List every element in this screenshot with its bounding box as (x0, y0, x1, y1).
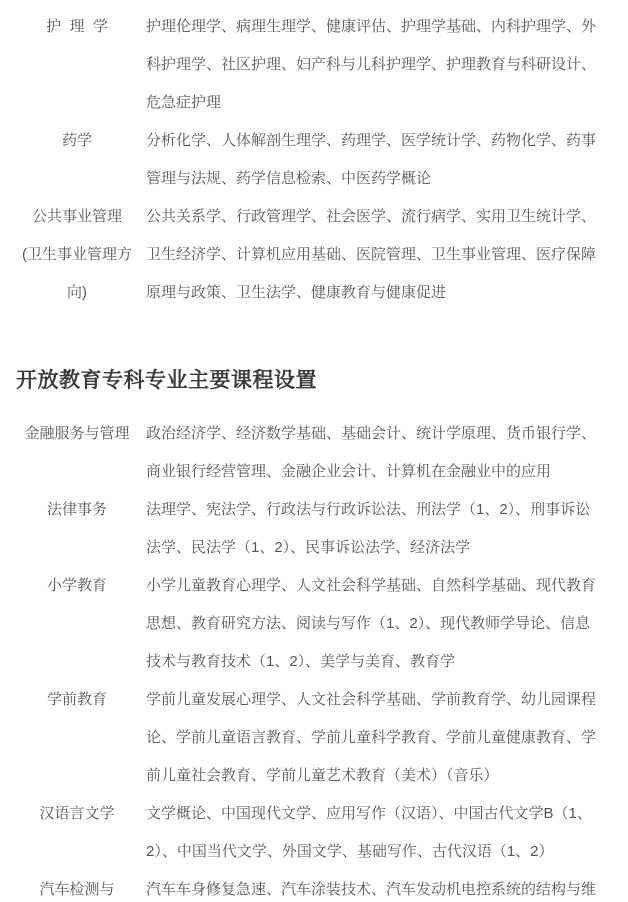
major-name: 护 理 学 (8, 8, 146, 46)
major-cell: 小学教育 (8, 567, 146, 605)
course-line: 商业银行经营管理、金融企业会计、计算机在金融业中的应用 (146, 453, 614, 491)
program-table: 护 理 学护理伦理学、病理生理学、健康评估、护理学基础、内科护理学、外科护理学、… (8, 8, 620, 312)
course-line: 卫生经济学、计算机应用基础、医院管理、卫生事业管理、医疗保障 (146, 236, 614, 274)
program-row: 汽车检测与汽车车身修复急速、汽车涂装技术、汽车发动机电控系统的结构与维 (8, 871, 620, 902)
program-row: 小学教育小学儿童教育心理学、人文社会科学基础、自然科学基础、现代教育思想、教育研… (8, 567, 620, 681)
course-line: 文学概论、中国现代文学、应用写作（汉语）、中国古代文学B（1、 (146, 795, 614, 833)
major-name: 汽车检测与 (8, 871, 146, 902)
program-row: 法律事务法理学、宪法学、行政法与行政诉讼法、刑法学（1、2）、刑事诉讼法学、民法… (8, 491, 620, 567)
course-line: 公共关系学、行政管理学、社会医学、流行病学、实用卫生统计学、 (146, 198, 614, 236)
course-line: 论、学前儿童语言教育、学前儿童科学教育、学前儿童健康教育、学 (146, 719, 614, 757)
major-name: 小学教育 (8, 567, 146, 605)
major-name: 药学 (8, 122, 146, 160)
course-cell: 护理伦理学、病理生理学、健康评估、护理学基础、内科护理学、外科护理学、社区护理、… (146, 8, 614, 122)
course-cell: 学前儿童发展心理学、人文社会科学基础、学前教育学、幼儿园课程论、学前儿童语言教育… (146, 681, 614, 795)
major-name: 汉语言文学 (8, 795, 146, 833)
course-cell: 政治经济学、经济数学基础、基础会计、统计学原理、货币银行学、商业银行经营管理、金… (146, 415, 614, 491)
course-line: 2）、中国当代文学、外国文学、基础写作、古代汉语（1、2） (146, 833, 614, 871)
course-line: 思想、教育研究方法、阅读与写作（1、2）、现代教师学导论、信息 (146, 605, 614, 643)
course-cell: 法理学、宪法学、行政法与行政诉讼法、刑法学（1、2）、刑事诉讼法学、民法学（1、… (146, 491, 614, 567)
program-row: 金融服务与管理政治经济学、经济数学基础、基础会计、统计学原理、货币银行学、商业银… (8, 415, 620, 491)
course-cell: 公共关系学、行政管理学、社会医学、流行病学、实用卫生统计学、卫生经济学、计算机应… (146, 198, 614, 312)
major-cell: 汉语言文学 (8, 795, 146, 833)
document-body: 护 理 学护理伦理学、病理生理学、健康评估、护理学基础、内科护理学、外科护理学、… (0, 0, 628, 902)
major-cell: 汽车检测与 (8, 871, 146, 902)
major-cell: 护 理 学 (8, 8, 146, 46)
program-row: 汉语言文学文学概论、中国现代文学、应用写作（汉语）、中国古代文学B（1、2）、中… (8, 795, 620, 871)
major-cell: 金融服务与管理 (8, 415, 146, 453)
course-line: 政治经济学、经济数学基础、基础会计、统计学原理、货币银行学、 (146, 415, 614, 453)
program-table: 金融服务与管理政治经济学、经济数学基础、基础会计、统计学原理、货币银行学、商业银… (8, 415, 620, 902)
major-cell: 学前教育 (8, 681, 146, 719)
major-name: 公共事业管理 (8, 198, 146, 236)
major-cell: 药学 (8, 122, 146, 160)
major-name: 金融服务与管理 (8, 415, 146, 453)
major-name: 法律事务 (8, 491, 146, 529)
major-cell: 法律事务 (8, 491, 146, 529)
course-line: 前儿童社会教育、学前儿童艺术教育（美术）（音乐） (146, 757, 614, 795)
major-name: 向) (8, 274, 146, 312)
course-line: 技术与教育技术（1、2）、美学与美育、教育学 (146, 643, 614, 681)
course-line: 汽车车身修复急速、汽车涂装技术、汽车发动机电控系统的结构与维 (146, 871, 614, 902)
course-line: 护理伦理学、病理生理学、健康评估、护理学基础、内科护理学、外 (146, 8, 614, 46)
program-row: 药学分析化学、人体解剖生理学、药理学、医学统计学、药物化学、药事管理与法规、药学… (8, 122, 620, 198)
program-row: 公共事业管理(卫生事业管理方向)公共关系学、行政管理学、社会医学、流行病学、实用… (8, 198, 620, 312)
course-line: 分析化学、人体解剖生理学、药理学、医学统计学、药物化学、药事 (146, 122, 614, 160)
major-cell: 公共事业管理(卫生事业管理方向) (8, 198, 146, 312)
section-heading: 开放教育专科专业主要课程设置 (16, 368, 620, 393)
course-cell: 小学儿童教育心理学、人文社会科学基础、自然科学基础、现代教育思想、教育研究方法、… (146, 567, 614, 681)
course-cell: 文学概论、中国现代文学、应用写作（汉语）、中国古代文学B（1、2）、中国当代文学… (146, 795, 614, 871)
course-line: 法学、民法学（1、2）、民事诉讼法学、经济法学 (146, 529, 614, 567)
major-name: 学前教育 (8, 681, 146, 719)
course-line: 法理学、宪法学、行政法与行政诉讼法、刑法学（1、2）、刑事诉讼 (146, 491, 614, 529)
major-name: (卫生事业管理方 (8, 236, 146, 274)
course-line: 科护理学、社区护理、妇产科与儿科护理学、护理教育与科研设计、 (146, 46, 614, 84)
program-row: 护 理 学护理伦理学、病理生理学、健康评估、护理学基础、内科护理学、外科护理学、… (8, 8, 620, 122)
course-line: 管理与法规、药学信息检索、中医药学概论 (146, 160, 614, 198)
program-row: 学前教育学前儿童发展心理学、人文社会科学基础、学前教育学、幼儿园课程论、学前儿童… (8, 681, 620, 795)
course-cell: 分析化学、人体解剖生理学、药理学、医学统计学、药物化学、药事管理与法规、药学信息… (146, 122, 614, 198)
course-cell: 汽车车身修复急速、汽车涂装技术、汽车发动机电控系统的结构与维 (146, 871, 614, 902)
course-line: 原理与政策、卫生法学、健康教育与健康促进 (146, 274, 614, 312)
course-line: 小学儿童教育心理学、人文社会科学基础、自然科学基础、现代教育 (146, 567, 614, 605)
course-line: 危急症护理 (146, 84, 614, 122)
course-line: 学前儿童发展心理学、人文社会科学基础、学前教育学、幼儿园课程 (146, 681, 614, 719)
